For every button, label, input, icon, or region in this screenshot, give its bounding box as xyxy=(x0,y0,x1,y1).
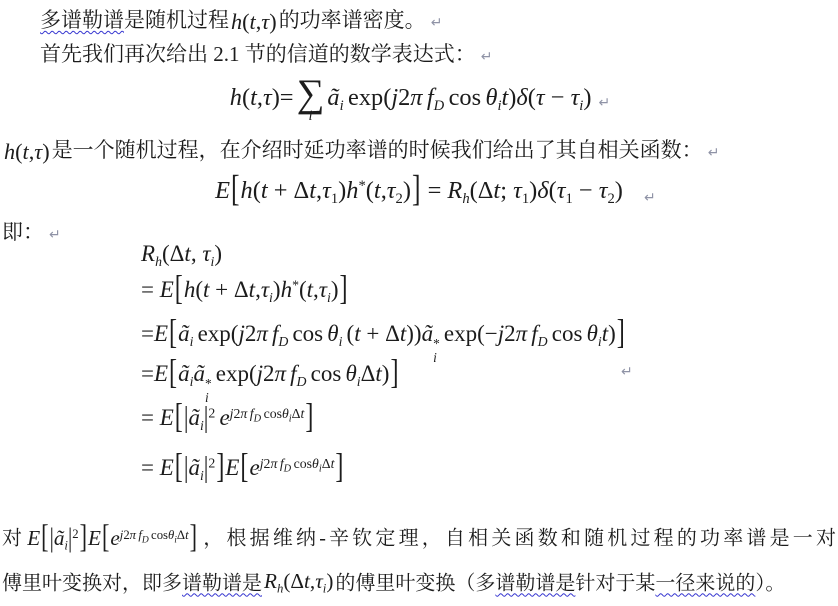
math-token: = xyxy=(141,361,154,386)
math-token: E xyxy=(225,455,239,480)
math-token: π xyxy=(270,456,277,471)
math-subscript: D xyxy=(278,334,288,349)
math-token: δ xyxy=(537,177,548,204)
math-token: θ xyxy=(587,321,598,346)
math-token: π xyxy=(516,321,528,346)
math-token: = xyxy=(141,405,160,430)
math-subscript: D xyxy=(284,464,291,475)
math-token: t xyxy=(309,177,316,204)
math-token: E xyxy=(215,177,230,204)
math-token: E xyxy=(88,526,101,550)
math-token: ã xyxy=(188,455,200,480)
math-subscript: 2 xyxy=(396,191,403,207)
math-token: (Δ xyxy=(162,241,184,266)
math-token: π xyxy=(275,361,287,386)
math-token: ) xyxy=(583,84,591,111)
math-token: τ xyxy=(322,177,331,204)
paragraph-wiener-khinchin-line-1[interactable]: 对E[|ãi|2]E[ej2πfDcosθiΔt]，根据维纳-辛钦定理，自相关函… xyxy=(2,510,836,569)
math-token: ( xyxy=(242,9,249,34)
equation-derivation-line-6[interactable]: = E[|ãi|2]E[ej2πfDcosθiΔt] xyxy=(141,454,344,484)
paragraph-namely[interactable]: 即：↵ xyxy=(2,217,61,250)
math-token: θ xyxy=(282,406,289,421)
math-token: h xyxy=(281,277,293,302)
math-supsub: *i xyxy=(433,337,440,365)
math-subscript: i xyxy=(433,351,437,365)
math-token: R xyxy=(264,569,277,593)
math-token: τ xyxy=(513,177,522,204)
math-subscript: D xyxy=(434,98,445,114)
inline-formula: E[h(t + Δt,τ1)h*(t,τ2)] = Rh(Δt; τ1)δ(τ1… xyxy=(213,177,625,204)
math-subscript: h xyxy=(155,254,162,269)
math-token: ( xyxy=(549,177,557,204)
math-token: t xyxy=(261,177,268,204)
text-run: 的功率谱密度。 xyxy=(279,8,426,32)
paragraph-mark-icon: ↵ xyxy=(481,49,493,65)
big-bracket: [ xyxy=(40,502,49,572)
big-bracket: ] xyxy=(616,313,626,354)
math-token: ) xyxy=(331,277,339,302)
math-subscript: h xyxy=(462,191,469,207)
math-token: h xyxy=(4,139,15,164)
math-token: ã xyxy=(193,361,205,386)
text-run: 对 xyxy=(2,527,25,549)
math-token: cos xyxy=(552,321,583,346)
paragraph-doppler-definition[interactable]: 多谱勒谱是随机过程h(t,τ)的功率谱密度。↵ xyxy=(40,5,442,38)
formula-autocorrelation[interactable]: E[h(t + Δt,τ1)h*(t,τ2)] = Rh(Δt; τ1)δ(τ1… xyxy=(0,166,838,219)
math-token: t xyxy=(250,84,257,111)
math-token: E xyxy=(27,526,40,550)
math-subscript: 2 xyxy=(607,191,614,207)
big-bracket: ] xyxy=(339,269,349,310)
paragraph-random-process[interactable]: h(t,τ)是一个随机过程，在介绍时延功率谱的时候我们给出了其自相关函数：↵ xyxy=(2,135,719,168)
math-superscript: 2 xyxy=(208,455,215,470)
text-run: 是一个随机过程，在介绍时延功率谱的时候我们给出了其自相关函数： xyxy=(52,138,703,162)
math-token: f xyxy=(427,84,434,111)
big-bracket: ] xyxy=(79,502,88,572)
text-run: 的傅里叶变换（多 xyxy=(335,572,495,594)
math-superscript: * xyxy=(358,178,365,194)
math-token: ) xyxy=(273,277,281,302)
equation-derivation-line-2[interactable]: = E[h(t + Δt,τi)h*(t,τi)] xyxy=(141,276,349,306)
math-token: Δ xyxy=(292,406,301,421)
exponent: j2πfDcosθiΔt xyxy=(260,456,335,471)
math-token: ) xyxy=(382,361,390,386)
math-token: cos xyxy=(294,456,312,471)
math-token: θ xyxy=(485,84,497,111)
math-token: E xyxy=(154,361,168,386)
summation-symbol: ∑i xyxy=(297,77,325,123)
math-token: R xyxy=(447,177,462,204)
math-token: ( xyxy=(253,177,261,204)
math-token: τ xyxy=(536,84,545,111)
abs-bar: | xyxy=(204,451,209,484)
math-token: (Δ xyxy=(470,177,494,204)
math-token: = xyxy=(421,177,447,204)
big-bracket: [ xyxy=(101,502,110,572)
exponential-term: ej2πfDcosθiΔt xyxy=(249,455,334,480)
document-page: 多谱勒谱是随机过程h(t,τ)的功率谱密度。↵ 首先我们再次给出 2.1 节的信… xyxy=(0,0,838,606)
math-token: ( xyxy=(528,84,536,111)
math-token: 2 xyxy=(398,84,410,111)
math-token: , xyxy=(191,241,203,266)
math-token: τ xyxy=(319,277,327,302)
math-token: ( xyxy=(195,277,203,302)
text-run: 是随机过程 xyxy=(124,8,229,32)
math-token: ) xyxy=(269,9,276,34)
math-token: cos xyxy=(264,406,282,421)
math-token: h xyxy=(346,177,358,204)
math-token: ) xyxy=(214,241,222,266)
big-bracket: [ xyxy=(174,269,184,310)
paragraph-mark-icon: ↵ xyxy=(708,145,720,161)
abs-bar: | xyxy=(184,451,189,484)
math-token: 2 xyxy=(245,321,257,346)
text-run: 针对于某 xyxy=(575,572,655,594)
math-token: E xyxy=(160,277,174,302)
misspelled-text: 谱勒谱是 xyxy=(182,572,262,594)
text-run: 即： xyxy=(2,220,44,244)
math-token: E xyxy=(160,455,174,480)
math-token: τ xyxy=(387,177,396,204)
math-token: = xyxy=(141,455,160,480)
math-token: cos xyxy=(292,321,323,346)
big-bracket: [ xyxy=(230,160,241,218)
math-token: − xyxy=(545,84,571,111)
math-subscript: i xyxy=(340,98,344,114)
sum-lower-limit: i xyxy=(308,110,312,122)
math-token: ; xyxy=(500,177,513,204)
math-token: Δ xyxy=(177,528,185,542)
text-run: ，根据维纳-辛钦定理，自相关函数和随机过程的功率谱是一对 xyxy=(200,527,836,549)
paragraph-mark-icon: ↵ xyxy=(621,364,633,380)
big-bracket: ] xyxy=(389,353,399,394)
math-token: ã xyxy=(422,321,434,346)
paragraph-wiener-khinchin-line-2[interactable]: 傅里叶变换对，即多谱勒谱是Rh(Δt,τi)的傅里叶变换（多谱勒谱是针对于某一径… xyxy=(2,566,838,603)
inline-formula: h(t,τ) xyxy=(229,9,279,34)
math-token: h xyxy=(241,177,253,204)
text-run: 首先我们再次给出 2.1 节的信道的数学表达式： xyxy=(40,42,476,66)
math-token: ) xyxy=(42,139,49,164)
math-token: δ xyxy=(516,84,527,111)
big-bracket: ] xyxy=(334,447,344,488)
big-bracket: ] xyxy=(215,447,225,488)
math-token: t xyxy=(374,177,381,204)
exponential-term: ej2πfDcosθiΔt xyxy=(110,526,188,550)
math-subscript: D xyxy=(142,534,149,545)
math-token: e xyxy=(110,526,119,550)
math-subscript: D xyxy=(538,334,548,349)
math-superscript: * xyxy=(433,337,440,351)
math-token: = xyxy=(141,321,154,346)
math-token: )= xyxy=(272,84,294,111)
math-token: ( xyxy=(299,277,307,302)
math-token: τ xyxy=(315,569,323,593)
math-token: h xyxy=(231,9,242,34)
math-token: ) xyxy=(326,569,333,593)
math-token: + Δ xyxy=(268,177,310,204)
exponent: j2πfDcosθiΔt xyxy=(230,406,305,421)
big-bracket: ] xyxy=(411,160,422,218)
math-token: ã xyxy=(327,84,339,111)
math-token: τ xyxy=(261,277,269,302)
math-subscript: 1 xyxy=(565,191,572,207)
math-token: E xyxy=(154,321,168,346)
math-token: cos xyxy=(311,361,342,386)
abs-bar: | xyxy=(50,507,54,568)
math-token: ( xyxy=(15,139,22,164)
math-token: h xyxy=(230,84,242,111)
math-token: τ xyxy=(571,84,580,111)
math-superscript: 2 xyxy=(208,405,215,420)
sigma-glyph: ∑ xyxy=(297,77,325,110)
abs-bar: | xyxy=(68,507,72,568)
abs-bar: | xyxy=(204,401,209,434)
math-token: Δ xyxy=(322,456,331,471)
math-token: exp( xyxy=(198,321,239,346)
big-bracket: ] xyxy=(304,397,314,438)
misspelled-text: 多谱勒谱 xyxy=(40,8,124,32)
math-token: Δ xyxy=(361,361,376,386)
math-subscript: D xyxy=(297,374,307,389)
math-token: cos xyxy=(151,528,168,542)
paragraph-mark-icon: ↵ xyxy=(49,227,61,243)
math-token: cos xyxy=(449,84,482,111)
equation-derivation-line-1[interactable]: Rh(Δt, τi) xyxy=(141,241,222,270)
math-token: ã xyxy=(178,361,190,386)
abs-bar: | xyxy=(184,401,189,434)
math-subscript: D xyxy=(254,414,261,425)
math-token: E xyxy=(160,405,174,430)
math-subscript: i xyxy=(339,334,343,349)
math-token: − xyxy=(573,177,599,204)
math-token: exp( xyxy=(348,84,391,111)
inline-formula: h(t,τ) xyxy=(2,139,52,164)
math-token: ã xyxy=(178,321,190,346)
math-token: ( xyxy=(242,84,250,111)
math-token: ) xyxy=(615,177,623,204)
exponential-term: ej2πfDcosθiΔt xyxy=(219,405,304,430)
text-run: 傅里叶变换对，即多 xyxy=(2,572,182,594)
math-token: ã xyxy=(54,526,65,550)
inline-formula: E[|ãi|2]E[ej2πfDcosθiΔt] xyxy=(25,526,200,550)
math-token: (Δ xyxy=(283,569,304,593)
paragraph-intro-expression[interactable]: 首先我们再次给出 2.1 节的信道的数学表达式：↵ xyxy=(40,39,492,72)
math-token: + Δ xyxy=(209,277,248,302)
math-token: θ xyxy=(327,321,338,346)
math-token: π xyxy=(410,84,422,111)
inline-formula: h(t,τ)=∑iãiexp(j2πfDcosθit)δ(τ − τi) xyxy=(228,84,594,111)
text-run: ）。 xyxy=(755,572,785,594)
misspelled-text: 一径来说的 xyxy=(655,572,755,594)
math-token: θ xyxy=(312,456,319,471)
math-token: + Δ xyxy=(361,321,400,346)
big-bracket: [ xyxy=(174,447,184,488)
math-token: R xyxy=(141,241,155,266)
math-token: τ xyxy=(263,84,272,111)
big-bracket: ] xyxy=(189,502,198,572)
paragraph-mark-icon: ↵ xyxy=(644,190,656,206)
math-token: )) xyxy=(406,321,421,346)
big-bracket: [ xyxy=(174,397,184,438)
big-bracket: [ xyxy=(168,353,178,394)
math-token: π xyxy=(256,321,268,346)
math-superscript: * xyxy=(205,377,212,391)
math-token: exp(− xyxy=(444,321,498,346)
math-superscript: * xyxy=(292,277,299,292)
math-token: exp( xyxy=(216,361,257,386)
big-bracket: [ xyxy=(239,447,249,488)
math-token: = xyxy=(141,277,160,302)
math-token: e xyxy=(249,455,259,480)
math-token: 2 xyxy=(504,321,516,346)
equation-derivation-line-5[interactable]: = E[|ãi|2ej2πfDcosθiΔt] xyxy=(141,404,314,434)
formula-channel-impulse-response[interactable]: h(t,τ)=∑iãiexp(j2πfDcosθit)δ(τ − τi)↵ xyxy=(0,72,838,132)
math-token: 2 xyxy=(263,361,275,386)
math-token: e xyxy=(219,405,229,430)
paragraph-mark-icon: ↵ xyxy=(598,95,610,111)
math-token: ) xyxy=(608,321,616,346)
math-token: h xyxy=(184,277,196,302)
exponent: j2πfDcosθiΔt xyxy=(120,528,189,542)
big-bracket: [ xyxy=(168,313,178,354)
math-token: ) xyxy=(403,177,411,204)
math-token: π xyxy=(240,406,247,421)
math-token: ã xyxy=(188,405,200,430)
math-token: ( xyxy=(366,177,374,204)
misspelled-text: 谱勒谱是 xyxy=(495,572,575,594)
math-token: τ xyxy=(202,241,210,266)
math-token: π xyxy=(130,528,136,542)
inline-formula: Rh(Δt,τi) xyxy=(262,569,335,593)
equation-derivation-line-3[interactable]: =E[ãiexp(j2πfDcosθi(t + Δt))ã*iexp(−j2πf… xyxy=(141,320,626,365)
paragraph-mark-icon: ↵ xyxy=(431,15,443,31)
math-token: θ xyxy=(345,361,356,386)
math-subscript: i xyxy=(190,334,194,349)
